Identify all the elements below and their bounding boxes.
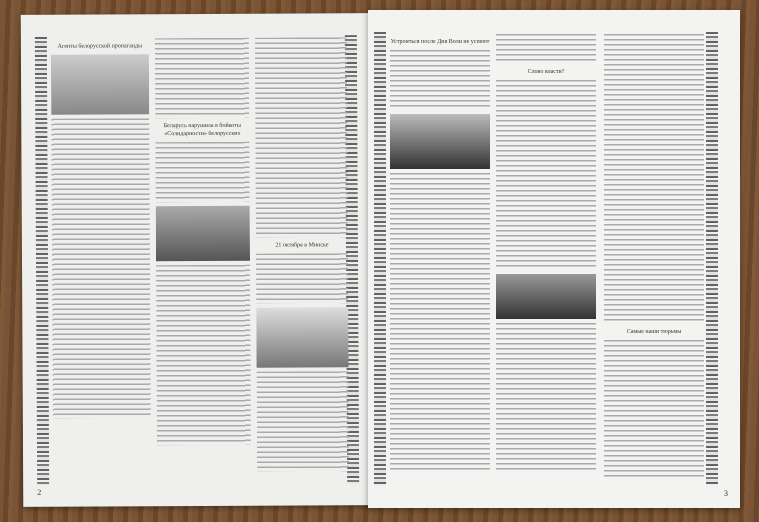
page-number: 2	[37, 488, 41, 497]
headline: Устроиться после Дня Воли не успеют	[390, 38, 490, 46]
left-page: Агенты белорусской пропаганды Беларусь н…	[21, 13, 374, 507]
body-text	[256, 253, 348, 303]
body-text	[604, 340, 704, 480]
headline: 21 октября в Минске	[256, 241, 348, 249]
headline: Агенты белорусской пропаганды	[51, 42, 149, 51]
page-number: 3	[724, 489, 728, 498]
right-page: Устроиться после Дня Воли не успеют Слов…	[368, 10, 740, 508]
column-2: Слово власти?	[496, 34, 596, 482]
body-text	[496, 34, 596, 64]
body-text	[390, 173, 490, 473]
body-text	[496, 80, 596, 270]
photo	[156, 206, 250, 261]
photo	[496, 274, 596, 319]
body-text	[51, 118, 151, 419]
body-text	[156, 265, 251, 445]
body-text	[257, 371, 350, 471]
column-3: 21 октября в Минске	[255, 37, 349, 479]
column-1: Устроиться после Дня Воли не успеют	[390, 34, 490, 482]
column-1: Агенты белорусской пропаганды	[51, 38, 151, 481]
ornament-border-icon	[35, 37, 49, 485]
column-2: Беларусь нарушила в бойкоты «Солидарност…	[155, 38, 251, 480]
ornament-border-icon	[706, 32, 718, 486]
column-3: Самые наши тюрьмы	[604, 34, 704, 482]
body-text	[390, 50, 490, 110]
headline: Слово власти?	[496, 68, 596, 76]
body-text	[496, 323, 596, 473]
body-text	[155, 38, 249, 118]
photo	[256, 307, 348, 367]
ornament-border-icon	[374, 32, 386, 486]
body-text	[155, 142, 249, 202]
body-text	[604, 34, 704, 324]
photo	[51, 54, 149, 115]
photo	[390, 114, 490, 169]
headline: Самые наши тюрьмы	[604, 328, 704, 336]
body-text	[255, 37, 348, 237]
headline: Беларусь нарушила в бойкоты «Солидарност…	[155, 122, 249, 138]
